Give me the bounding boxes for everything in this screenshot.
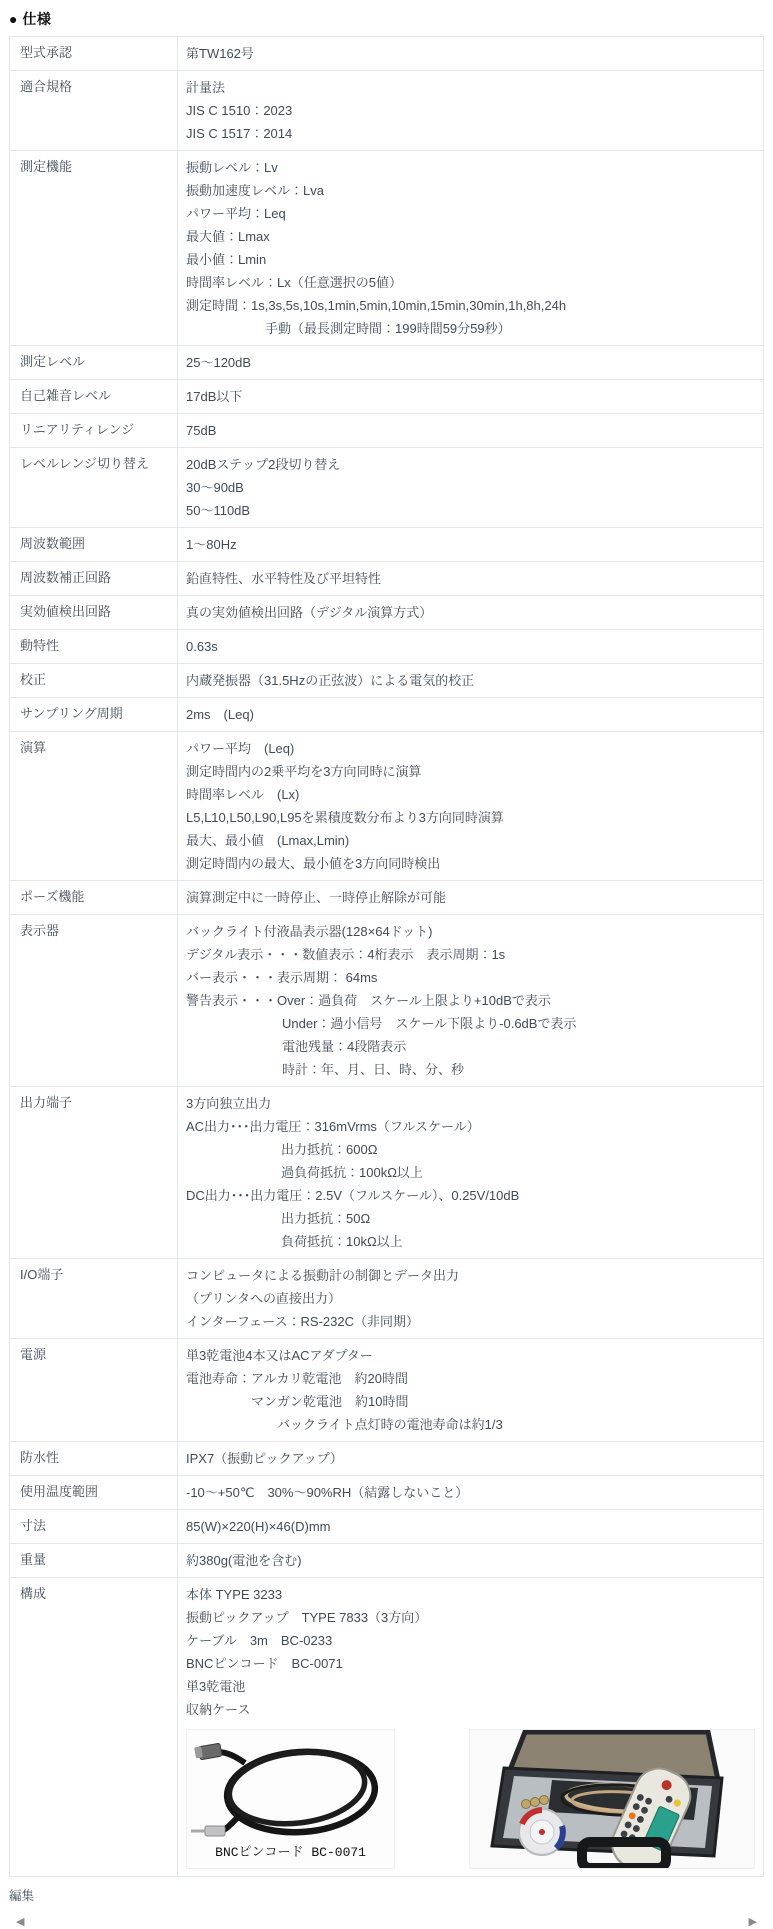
spec-value: 振動レベル：Lv振動加速度レベル：Lvaパワー平均：Leq最大値：Lmax最小値… [178,151,764,346]
spec-line: 本体 TYPE 3233 [186,1583,755,1606]
spec-line: 手動（最長測定時間：199時間59分59秒） [186,317,755,340]
spec-label: 測定機能 [10,151,178,346]
page-footer: 編集 ◀ ▶ [9,1877,773,1929]
spec-line: （プリンタへの直接出力） [186,1287,755,1310]
spec-line: BNCピンコード BC-0071 [186,1652,755,1675]
spec-value: 0.63s [178,630,764,664]
spec-line: 演算測定中に一時停止、一時停止解除が可能 [186,886,755,909]
spec-line: 最大、最小値 (Lmax,Lmin) [186,829,755,852]
spec-row: 寸法85(W)×220(H)×46(D)mm [10,1510,764,1544]
spec-line: ケーブル 3m BC-0233 [186,1629,755,1652]
spec-line: 警告表示・・・Over：過負荷 スケール上限より+10dBで表示 [186,989,755,1012]
spec-line: 約380g(電池を含む) [186,1549,755,1572]
carrying-case-illustration [470,1730,755,1868]
spec-value: IPX7（振動ピックアップ） [178,1442,764,1476]
spec-label: 測定レベル [10,346,178,380]
spec-line: 第TW162号 [186,42,755,65]
spec-row: ポーズ機能演算測定中に一時停止、一時停止解除が可能 [10,881,764,915]
spec-line: バックライト付液晶表示器(128×64ドット) [186,920,755,943]
spec-row: 実効値検出回路真の実効値検出回路（デジタル演算方式） [10,596,764,630]
spec-value: 2ms (Leq) [178,698,764,732]
spec-value: 1〜80Hz [178,528,764,562]
spec-line: 振動レベル：Lv [186,156,755,179]
spec-line: 25〜120dB [186,351,755,374]
spec-label: 演算 [10,732,178,881]
spec-row: 測定レベル25〜120dB [10,346,764,380]
spec-line: マンガン乾電池 約10時間 [186,1390,755,1413]
spec-value: 20dBステップ2段切り替え30〜90dB50〜110dB [178,448,764,528]
spec-line: 17dB以下 [186,385,755,408]
spec-value: 演算測定中に一時停止、一時停止解除が可能 [178,881,764,915]
spec-line: JIS C 1510：2023 [186,99,755,122]
spec-value: 第TW162号 [178,37,764,71]
spec-line: DC出力･･･出力電圧：2.5V（フルスケール）、0.25V/10dB [186,1184,755,1207]
spec-value: パワー平均 (Leq)測定時間内の2乗平均を3方向同時に演算時間率レベル (Lx… [178,732,764,881]
spec-line: Under：過小信号 スケール下限より-0.6dBで表示 [186,1012,755,1035]
spec-line: 電池残量：4段階表示 [186,1035,755,1058]
spec-line: 0.63s [186,635,755,658]
spec-line: 測定時間内の2乗平均を3方向同時に演算 [186,760,755,783]
spec-value: 内蔵発振器（31.5Hzの正弦波）による電気的校正 [178,664,764,698]
spec-label: リニアリティレンジ [10,414,178,448]
spec-row: 測定機能振動レベル：Lv振動加速度レベル：Lvaパワー平均：Leq最大値：Lma… [10,151,764,346]
spec-line: 測定時間内の最大、最小値を3方向同時検出 [186,852,755,875]
bnc-cord-caption: BNCピンコード BC-0071 [187,1841,394,1860]
spec-label: ポーズ機能 [10,881,178,915]
carousel-prev-icon[interactable]: ◀ [16,1915,24,1929]
spec-label: 出力端子 [10,1087,178,1259]
spec-label: 動特性 [10,630,178,664]
spec-row: 校正内蔵発振器（31.5Hzの正弦波）による電気的校正 [10,664,764,698]
spec-line: パワー平均：Leq [186,202,755,225]
spec-row: 型式承認第TW162号 [10,37,764,71]
spec-label: 適合規格 [10,71,178,151]
spec-value: 計量法JIS C 1510：2023JIS C 1517：2014 [178,71,764,151]
spec-table: 型式承認第TW162号適合規格計量法JIS C 1510：2023JIS C 1… [9,36,764,1877]
spec-table-body: 型式承認第TW162号適合規格計量法JIS C 1510：2023JIS C 1… [10,37,764,1877]
bnc-cord-photo: BNCピンコード BC-0071 [186,1729,395,1869]
spec-label: 構成 [10,1578,178,1877]
spec-line: AC出力･･･出力電圧：316mVrms（フルスケール） [186,1115,755,1138]
carrying-case-photo [469,1729,755,1869]
spec-row: 構成本体 TYPE 3233振動ピックアップ TYPE 7833（3方向）ケーブ… [10,1578,764,1877]
spec-line: 1〜80Hz [186,533,755,556]
spec-line: 鉛直特性、水平特性及び平坦特性 [186,567,755,590]
spec-line: デジタル表示・・・数値表示：4桁表示 表示周期：1s [186,943,755,966]
spec-row: リニアリティレンジ75dB [10,414,764,448]
spec-line: バックライト点灯時の電池寿命は約1/3 [186,1413,755,1436]
spec-line: 30〜90dB [186,476,755,499]
spec-line: 75dB [186,419,755,442]
spec-value: 本体 TYPE 3233振動ピックアップ TYPE 7833（3方向）ケーブル … [178,1578,764,1877]
spec-line: IPX7（振動ピックアップ） [186,1447,755,1470]
spec-line: 測定時間：1s,3s,5s,10s,1min,5min,10min,15min,… [186,294,755,317]
spec-label: 実効値検出回路 [10,596,178,630]
spec-row: 周波数補正回路鉛直特性、水平特性及び平坦特性 [10,562,764,596]
spec-value: 鉛直特性、水平特性及び平坦特性 [178,562,764,596]
spec-label: 使用温度範囲 [10,1476,178,1510]
spec-label: 周波数補正回路 [10,562,178,596]
spec-label: 周波数範囲 [10,528,178,562]
spec-value: バックライト付液晶表示器(128×64ドット)デジタル表示・・・数値表示：4桁表… [178,915,764,1087]
spec-row: 自己雑音レベル17dB以下 [10,380,764,414]
spec-line: 内蔵発振器（31.5Hzの正弦波）による電気的校正 [186,669,755,692]
spec-line: 出力抵抗：600Ω [186,1138,755,1161]
spec-row: 出力端子3方向独立出力AC出力･･･出力電圧：316mVrms（フルスケール）出… [10,1087,764,1259]
spec-value: 単3乾電池4本又はACアダプター電池寿命：アルカリ乾電池 約20時間マンガン乾電… [178,1339,764,1442]
spec-line: 時間率レベル：Lx（任意選択の5値） [186,271,755,294]
spec-label: I/O端子 [10,1259,178,1339]
spec-line: 最小値：Lmin [186,248,755,271]
spec-line: 真の実効値検出回路（デジタル演算方式） [186,601,755,624]
spec-row: 重量約380g(電池を含む) [10,1544,764,1578]
spec-line: JIS C 1517：2014 [186,122,755,145]
spec-row: 動特性0.63s [10,630,764,664]
spec-line: 単3乾電池4本又はACアダプター [186,1344,755,1367]
spec-value: 約380g(電池を含む) [178,1544,764,1578]
spec-line: 85(W)×220(H)×46(D)mm [186,1515,755,1538]
spec-line: 出力抵抗：50Ω [186,1207,755,1230]
spec-row: サンプリング周期2ms (Leq) [10,698,764,732]
spec-row: 周波数範囲1〜80Hz [10,528,764,562]
spec-line: バー表示・・・表示周期： 64ms [186,966,755,989]
spec-label: 防水性 [10,1442,178,1476]
spec-line: 時間率レベル (Lx) [186,783,755,806]
spec-row: 使用温度範囲-10〜+50℃ 30%〜90%RH（結露しないこと） [10,1476,764,1510]
carousel-next-icon[interactable]: ▶ [749,1915,757,1929]
spec-line: 50〜110dB [186,499,755,522]
spec-row: レベルレンジ切り替え20dBステップ2段切り替え30〜90dB50〜110dB [10,448,764,528]
spec-row: I/O端子コンピュータによる振動計の制御とデータ出力（プリンタへの直接出力）イン… [10,1259,764,1339]
spec-line: 時計：年、月、日、時、分、秒 [186,1058,755,1081]
spec-value: 25〜120dB [178,346,764,380]
spec-value: -10〜+50℃ 30%〜90%RH（結露しないこと） [178,1476,764,1510]
spec-label: 表示器 [10,915,178,1087]
spec-label: 自己雑音レベル [10,380,178,414]
spec-line: 計量法 [186,76,755,99]
spec-label: 重量 [10,1544,178,1578]
spec-line: コンピュータによる振動計の制御とデータ出力 [186,1264,755,1287]
spec-label: レベルレンジ切り替え [10,448,178,528]
spec-line: 振動ピックアップ TYPE 7833（3方向） [186,1606,755,1629]
spec-row: 適合規格計量法JIS C 1510：2023JIS C 1517：2014 [10,71,764,151]
spec-value: コンピュータによる振動計の制御とデータ出力（プリンタへの直接出力）インターフェー… [178,1259,764,1339]
spec-line: 収納ケース [186,1698,755,1721]
spec-row: 防水性IPX7（振動ピックアップ） [10,1442,764,1476]
spec-label: 校正 [10,664,178,698]
spec-line: 電池寿命：アルカリ乾電池 約20時間 [186,1367,755,1390]
spec-row: 電源単3乾電池4本又はACアダプター電池寿命：アルカリ乾電池 約20時間マンガン… [10,1339,764,1442]
page-title: ● 仕様 [9,9,773,29]
spec-value: 17dB以下 [178,380,764,414]
spec-line: 負荷抵抗：10kΩ以上 [186,1230,755,1253]
spec-line: 最大値：Lmax [186,225,755,248]
edit-link[interactable]: 編集 [9,1886,34,1904]
spec-line: L5,L10,L50,L90,L95を累積度数分布より3方向同時演算 [186,806,755,829]
spec-label: 寸法 [10,1510,178,1544]
spec-line: 2ms (Leq) [186,703,755,726]
pager: ◀ ▶ [9,1915,764,1929]
spec-label: 型式承認 [10,37,178,71]
spec-line: 振動加速度レベル：Lva [186,179,755,202]
spec-line: 20dBステップ2段切り替え [186,453,755,476]
spec-line: -10〜+50℃ 30%〜90%RH（結露しないこと） [186,1481,755,1504]
spec-row: 表示器バックライト付液晶表示器(128×64ドット)デジタル表示・・・数値表示：… [10,915,764,1087]
spec-line: 単3乾電池 [186,1675,755,1698]
spec-line: 3方向独立出力 [186,1092,755,1115]
spec-row: 演算パワー平均 (Leq)測定時間内の2乗平均を3方向同時に演算時間率レベル (… [10,732,764,881]
spec-line: パワー平均 (Leq) [186,737,755,760]
spec-value: 3方向独立出力AC出力･･･出力電圧：316mVrms（フルスケール）出力抵抗：… [178,1087,764,1259]
spec-value: 75dB [178,414,764,448]
spec-line: 過負荷抵抗：100kΩ以上 [186,1161,755,1184]
spec-label: サンプリング周期 [10,698,178,732]
spec-value: 85(W)×220(H)×46(D)mm [178,1510,764,1544]
spec-label: 電源 [10,1339,178,1442]
spec-page: ● 仕様 型式承認第TW162号適合規格計量法JIS C 1510：2023JI… [0,9,773,1929]
spec-line: インターフェース：RS-232C（非同期） [186,1310,755,1333]
spec-value: 真の実効値検出回路（デジタル演算方式） [178,596,764,630]
component-photos: BNCピンコード BC-0071 [186,1729,755,1869]
